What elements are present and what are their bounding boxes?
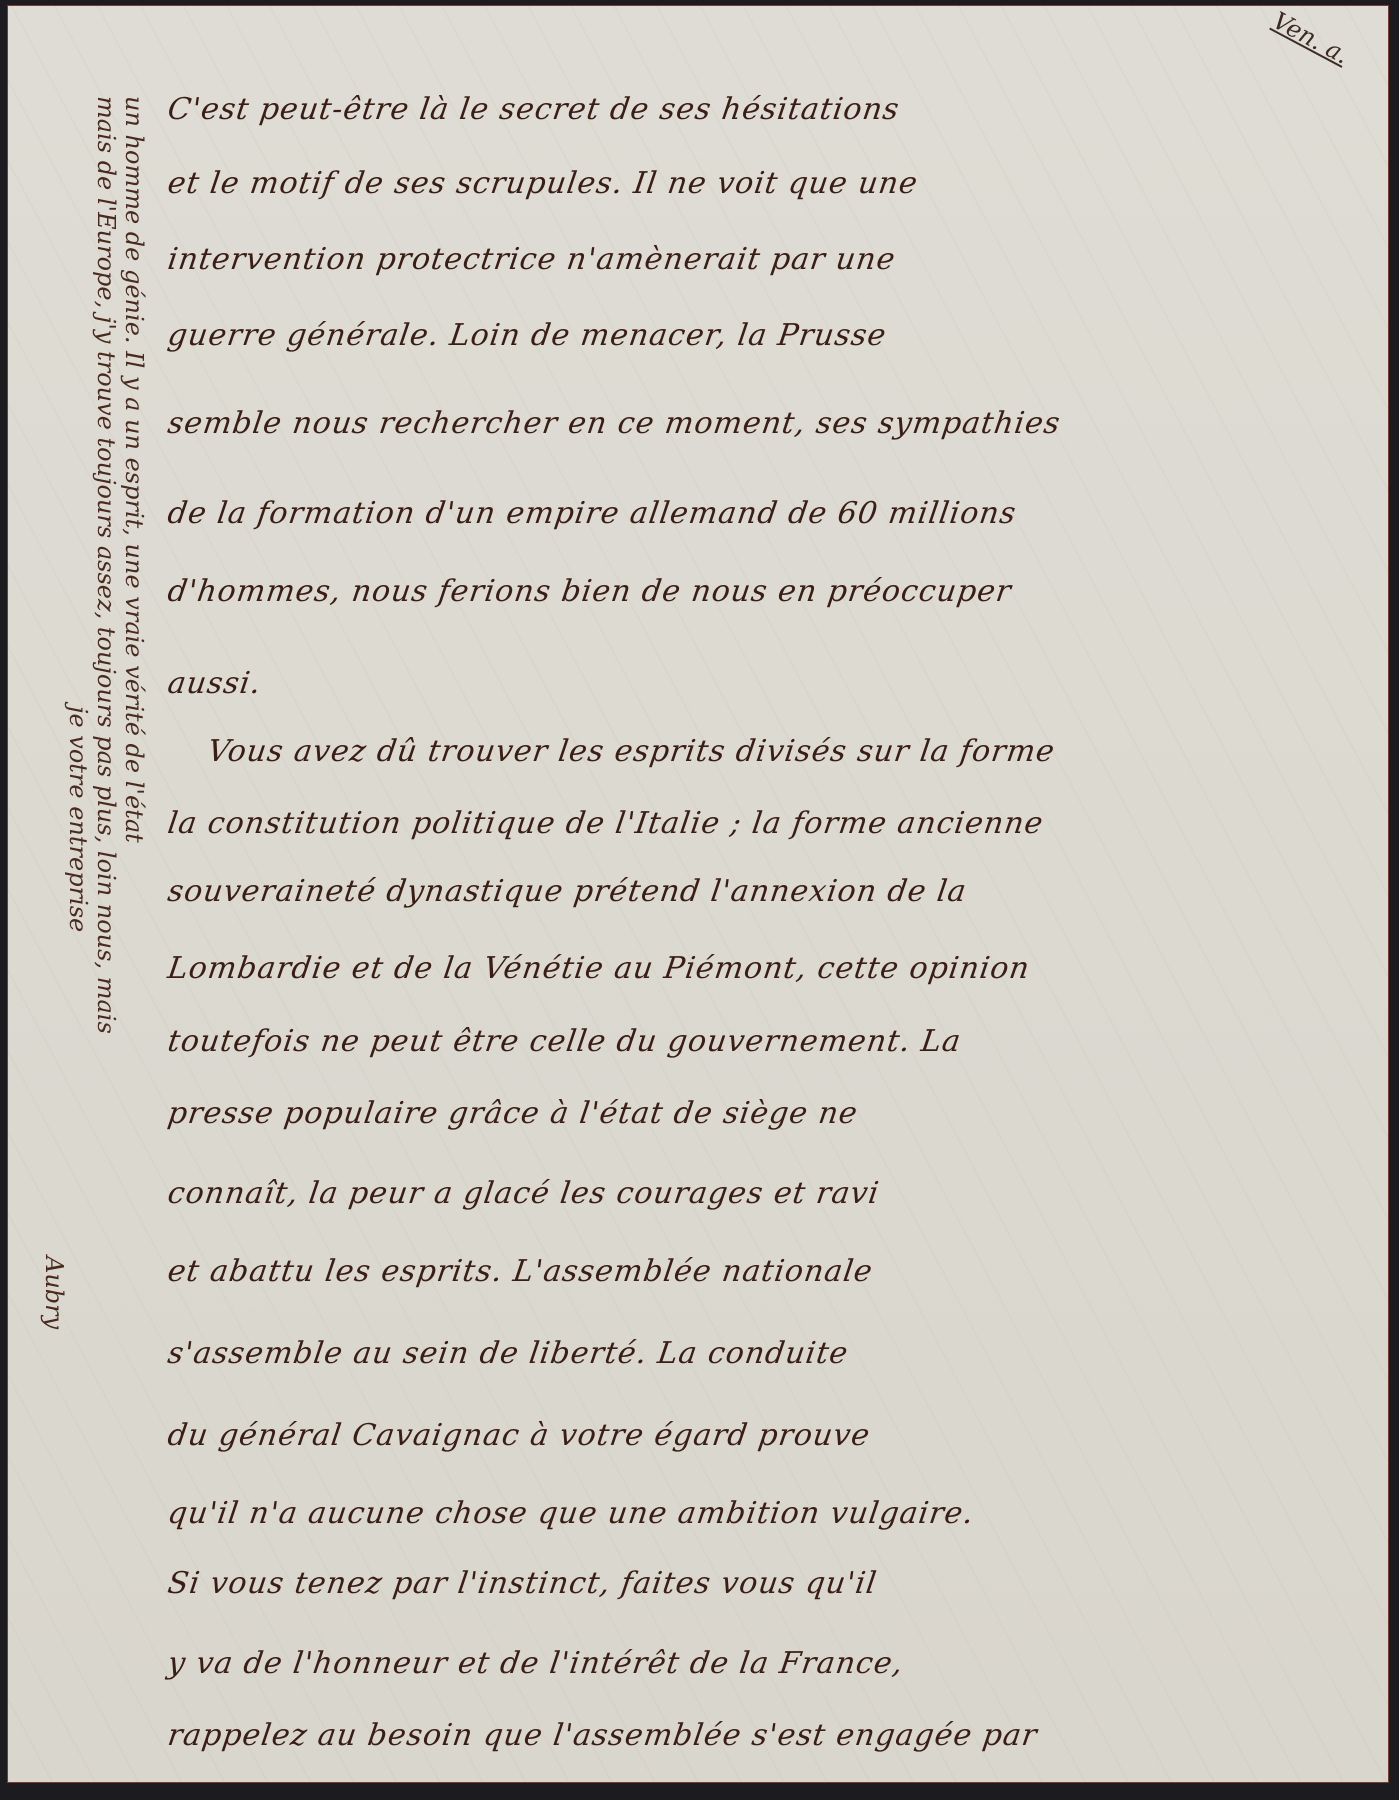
letter-line: rappelez au besoin que l'assemblée s'est…	[166, 1718, 1040, 1753]
letter-page: Ven. a. C'est peut-être là le secret de …	[8, 6, 1388, 1782]
letter-line: y va de l'honneur et de l'intérêt de la …	[166, 1646, 906, 1681]
letter-line: souveraineté dynastique prétend l'annexi…	[166, 874, 970, 909]
letter-line: connaît, la peur a glacé les courages et…	[166, 1176, 882, 1211]
letter-line: Si vous tenez par l'instinct, faites vou…	[166, 1566, 880, 1601]
letter-line: semble nous rechercher en ce moment, ses…	[166, 406, 1063, 441]
letter-line: qu'il n'a aucune chose que une ambition …	[166, 1496, 977, 1531]
letter-line: toutefois ne peut être celle du gouverne…	[166, 1024, 964, 1059]
letter-line: la constitution politique de l'Italie ; …	[166, 806, 1046, 841]
letter-line: d'hommes, nous ferions bien de nous en p…	[166, 574, 1014, 609]
letter-line: s'assemble au sein de liberté. La condui…	[166, 1336, 851, 1371]
letter-line: intervention protectrice n'amènerait par…	[166, 242, 898, 277]
letter-line: Vous avez dû trouver les esprits divisés…	[206, 734, 1058, 769]
letter-line: de la formation d'un empire allemand de …	[166, 496, 1019, 531]
margin-note: un homme de génie. Il y a un esprit, une…	[120, 96, 148, 843]
letter-line: Lombardie et de la Vénétie au Piémont, c…	[166, 951, 1033, 986]
letter-line: C'est peut-être là le secret de ses hési…	[166, 92, 902, 127]
margin-note: mais de l'Europe, j'y trouve toujours as…	[92, 96, 120, 1034]
letter-line: aussi.	[166, 666, 264, 701]
letter-line: et abattu les esprits. L'assemblée natio…	[166, 1254, 876, 1289]
margin-signature: Aubry	[40, 1256, 68, 1329]
letter-line: et le motif de ses scrupules. Il ne voit…	[166, 166, 921, 201]
letter-line: du général Cavaignac à votre égard prouv…	[166, 1418, 873, 1453]
letter-line: presse populaire grâce à l'état de siège…	[166, 1096, 861, 1131]
margin-note: je votre entreprise	[64, 706, 92, 932]
letter-line: guerre générale. Loin de menacer, la Pru…	[166, 318, 889, 353]
